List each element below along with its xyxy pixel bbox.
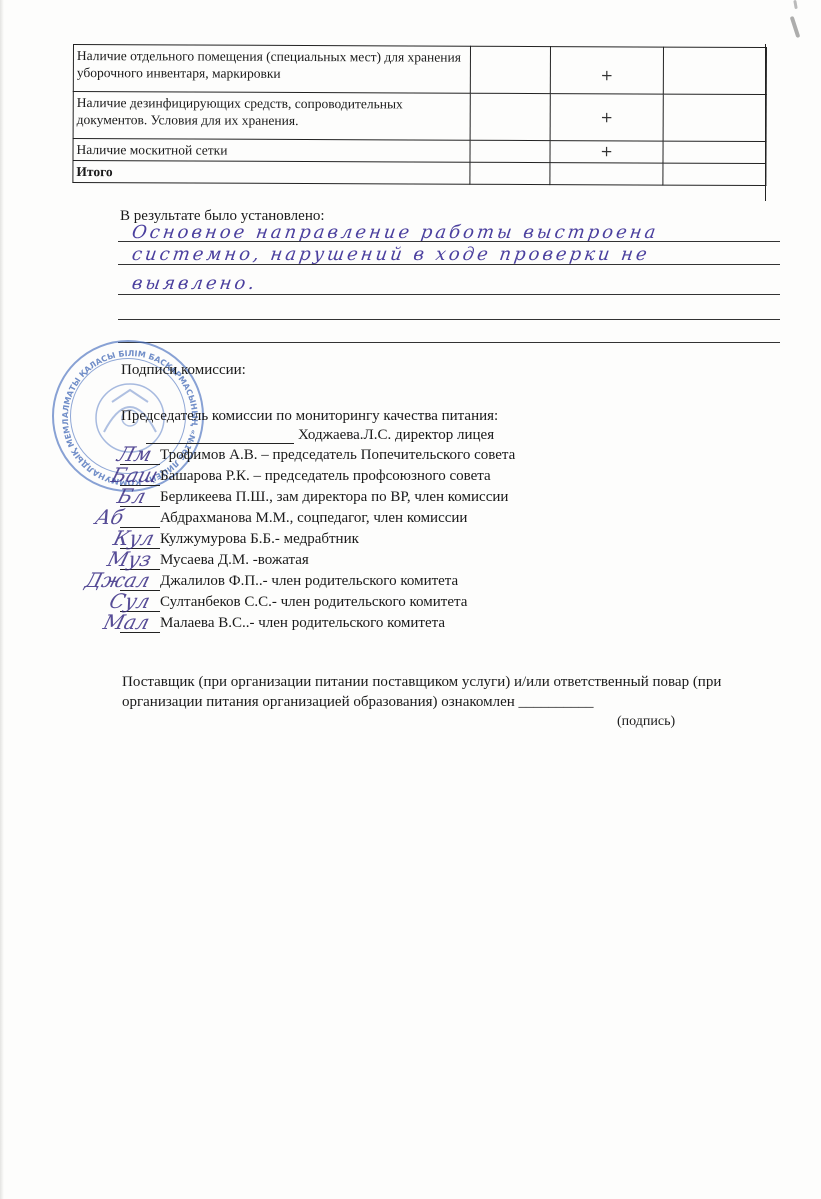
table-double-border (765, 44, 766, 201)
mark-cell: + (550, 47, 663, 94)
handwritten-finding: системно, нарушений в ходе проверки не (131, 244, 652, 265)
signature-caption: (подпись) (617, 714, 675, 730)
member-name: Джалилов Ф.П..- член родительского комит… (160, 573, 458, 590)
staple-mark (793, 0, 798, 9)
table-row: Наличие отдельного помещения (специальны… (73, 45, 766, 95)
mark-cell (663, 163, 766, 185)
mark-cell (470, 46, 550, 93)
member-name: Трофимов А.В. – председатель Попечительс… (160, 447, 515, 464)
signature-line (146, 443, 294, 444)
mark-cell: + (550, 141, 663, 163)
mark-cell (550, 163, 663, 185)
signatures-title: Подписи комиссии: (121, 362, 246, 379)
member-name: Башарова Р.К. – председатель профсоюзног… (160, 468, 491, 485)
criterion-cell: Наличие отдельного помещения (специальны… (73, 45, 470, 94)
chair-name: Ходжаева.Л.С. директор лицея (298, 427, 494, 444)
mark-cell (663, 141, 766, 163)
page-edge (0, 0, 4, 1199)
ruled-line (118, 241, 780, 242)
table-row-total: Итого (73, 161, 766, 186)
mark-cell (663, 94, 766, 141)
member-name: Мусаева Д.М. -вожатая (160, 552, 309, 569)
handwritten-finding: Основное направление работы выстроена (131, 222, 660, 243)
table-row: Наличие москитной сетки + (73, 139, 766, 164)
handwritten-finding: выявлено. (131, 273, 259, 294)
mark-cell (470, 93, 550, 140)
member-name: Абдрахманова М.М., соцпедагог, член коми… (160, 510, 467, 527)
mark-cell (663, 47, 766, 94)
criterion-cell: Наличие москитной сетки (73, 139, 470, 163)
ruled-line (118, 319, 780, 320)
ruled-line (118, 342, 780, 343)
criteria-table: Наличие отдельного помещения (специальны… (72, 44, 767, 186)
mark-cell: + (550, 94, 663, 141)
staple-mark (790, 16, 801, 38)
chair-title: Председатель комиссии по мониторингу кач… (121, 408, 498, 425)
member-name: Кулжумурова Б.Б.- медрабтник (160, 531, 359, 548)
mark-cell (470, 162, 550, 184)
table-row: Наличие дезинфицирующих средств, сопрово… (73, 92, 766, 142)
handwritten-signature: Мал (101, 610, 153, 634)
member-name: Берликеева П.Ш., зам директора по ВР, чл… (160, 489, 508, 506)
member-name: Малаева В.С..- член родительского комите… (160, 615, 445, 632)
ruled-line (118, 294, 780, 295)
ruled-line (118, 264, 780, 265)
supplier-acknowledgment: Поставщик (при организации питании поста… (122, 672, 782, 712)
criterion-cell: Наличие дезинфицирующих средств, сопрово… (73, 92, 470, 141)
mark-cell (470, 140, 550, 162)
total-label: Итого (73, 161, 470, 185)
member-name: Султанбеков С.С.- член родительского ком… (160, 594, 467, 611)
